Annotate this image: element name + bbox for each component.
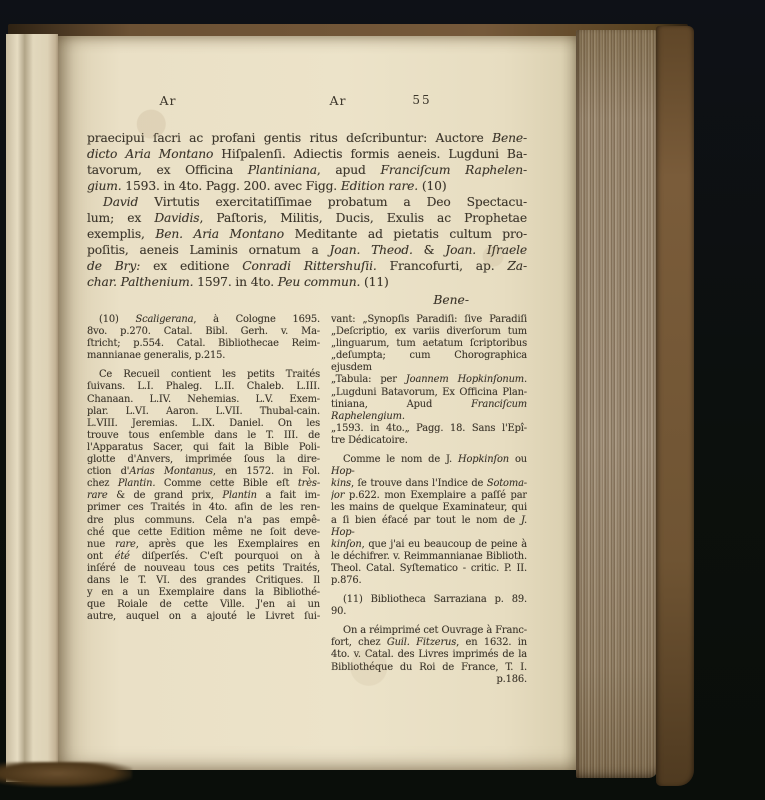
- text-line: Chanaan. L.IV. Nehemias. L.V. Exem-: [87, 394, 320, 406]
- book-page: Ar Ar 55 praecipui ſacri ac profani gent…: [58, 36, 576, 770]
- text-segment: „linguarum, tum aetatum ſcriptoribus: [331, 338, 527, 349]
- italic-text-segment: Bene-: [492, 131, 527, 145]
- italic-text-segment: Edition rare.: [341, 179, 418, 193]
- text-segment: Hiſpalenſi. Adiectis formis aeneis. Lugd…: [213, 147, 527, 161]
- text-segment: Virtutis exercitatiſſimae probatum a Deo…: [138, 195, 527, 209]
- text-line: char. Palthenium. 1597. in 4to. Peu comm…: [87, 274, 527, 290]
- text-segment: p.876.: [331, 575, 362, 586]
- text-line: exemplis, Ben. Aria Montano Meditante ad…: [87, 226, 527, 242]
- italic-text-segment: kins: [331, 478, 351, 489]
- text-segment: le déchifrer. v. Reimmannianae Biblioth.: [331, 551, 527, 562]
- italic-text-segment: rare: [115, 539, 136, 550]
- text-segment: 1593. in 4to. Pagg. 200. avec Figg.: [122, 179, 341, 193]
- text-segment: nue: [87, 539, 115, 550]
- text-segment: „1593. in 4to.„ Pagg. 18. Sans l'Epî-: [331, 423, 527, 434]
- text-line: Bibliothéque du Roi de France, T. I.: [331, 662, 527, 674]
- text-segment: a fait im-: [257, 490, 320, 501]
- page-number: 55: [412, 93, 431, 107]
- italic-text-segment: gium.: [87, 179, 122, 193]
- text-line: vant: „Synopſis Paradiſi: ſive Paradiſi: [331, 314, 527, 326]
- text-segment: dans le T. VI. des grandes Critiques. Il: [87, 575, 320, 586]
- italic-text-segment: de Bry:: [87, 259, 140, 273]
- text-line: poſitis, aeneis Laminis ornatum a Joan. …: [87, 242, 527, 258]
- text-line: „linguarum, tum aetatum ſcriptoribus: [331, 338, 527, 350]
- text-segment: ction d': [87, 466, 129, 477]
- text-line: tavorum, ex Officina Plantiniana, apud F…: [87, 162, 527, 178]
- text-line: rare & de grand prix, Plantin a fait im-: [87, 490, 320, 502]
- text-segment: trouve tous enſemble dans le T. III. de: [87, 430, 320, 441]
- text-segment: tiniana, Apud: [331, 399, 471, 410]
- text-line: fort, chez Guil. Fitzerus, en 1632. in: [331, 637, 527, 649]
- text-segment: ſuivans. L.I. Phaleg. L.II. Chaleb. L.II…: [87, 381, 320, 392]
- text-segment: (10): [418, 179, 446, 193]
- text-line: les mains de quelque Examinateur, qui: [331, 502, 527, 514]
- italic-text-segment: été: [115, 551, 130, 562]
- text-segment: , à Cologne 1695.: [193, 314, 320, 325]
- book-photo: Ar Ar 55 praecipui ſacri ac profani gent…: [0, 0, 765, 800]
- book-bottom-edge: [0, 762, 132, 787]
- text-segment: 1597. in 4to.: [193, 275, 277, 289]
- footnote-column-left: (10) Scaligerana, à Cologne 1695.8vo. p.…: [87, 314, 320, 686]
- text-segment: & de grand prix,: [108, 490, 223, 501]
- text-line: ché que cette Edition même ne ſoit deve-: [87, 527, 320, 539]
- text-line: que Roiale de cette Ville. J'en ai un: [87, 599, 320, 611]
- text-line: mannianae generalis, p.215.: [87, 350, 320, 362]
- italic-text-segment: Hopkinſon: [458, 454, 509, 465]
- footnote-column-right: vant: „Synopſis Paradiſi: ſive Paradiſi„…: [331, 314, 527, 686]
- text-segment: (11): [360, 275, 388, 289]
- text-line: lum; ex Davidis, Paſtoris, Militis, Duci…: [87, 210, 527, 226]
- text-segment: Meditante ad pietatis cultum pro-: [284, 227, 527, 241]
- text-segment: ex editione: [140, 259, 242, 273]
- text-segment: , en 1632. in: [456, 637, 527, 648]
- paragraph-entry-2: David Virtutis exercitatiſſimae probatum…: [87, 194, 527, 290]
- text-segment: , ſe trouve dans l'Indice de: [351, 478, 487, 489]
- text-line: de Bry: ex editione Conradi Rittershuſii…: [87, 258, 527, 274]
- text-line: tre Dédicatoire.: [331, 435, 527, 447]
- italic-text-segment: Guil. Fitzerus: [387, 637, 456, 648]
- text-line: a ſi bien éfacé par tout le nom de J. Ho…: [331, 515, 527, 539]
- text-line: L.VIII. Jeremias. L.IX. Daniel. On les: [87, 418, 320, 430]
- text-line: 90.: [331, 606, 527, 618]
- italic-text-segment: Franciſcum Raphelen-: [380, 163, 527, 177]
- text-segment: tavorum, ex Officina: [87, 163, 248, 177]
- paragraph-entry-1: praecipui ſacri ac profani gentis ritus …: [87, 130, 527, 194]
- text-line: l'Apparatus Sacer, qui fait la Bible Pol…: [87, 442, 320, 454]
- text-segment: Francofurti, ap.: [377, 259, 508, 273]
- running-title-left: Ar: [159, 93, 176, 108]
- text-line: tiniana, Apud Franciſcum Raphelengium.: [331, 399, 527, 423]
- italic-text-segment: Joannem Hopkinſonum.: [406, 374, 527, 385]
- book-cover-right: [656, 26, 694, 786]
- text-segment: chez: [87, 478, 118, 489]
- text-segment: p.186.: [496, 674, 527, 685]
- text-segment: glotte d'Anvers, imprimée ſous la dire-: [87, 454, 320, 465]
- catchword: Bene-: [87, 292, 527, 308]
- italic-text-segment: char. Palthenium.: [87, 275, 193, 289]
- text-segment: , après que les Exemplaires en: [136, 539, 320, 550]
- text-line: (10) Scaligerana, à Cologne 1695.: [87, 314, 320, 326]
- text-segment: Bibliothéque du Roi de France, T. I.: [331, 662, 527, 673]
- text-segment: On a réimprimé cet Ouvrage à Franc-: [343, 625, 527, 636]
- footnote-10: (10) Scaligerana, à Cologne 1695.8vo. p.…: [87, 314, 320, 362]
- italic-text-segment: Plantin: [222, 490, 257, 501]
- text-segment: „Tabula: per: [331, 374, 406, 385]
- text-segment: ont: [87, 551, 115, 562]
- text-segment: Chanaan. L.IV. Nehemias. L.V. Exem-: [87, 394, 320, 405]
- text-segment: autre, auquel on a ajouté le Livret ſui-: [87, 611, 320, 622]
- text-line: jor p.622. mon Exemplaire a paſſé par: [331, 490, 527, 502]
- italic-text-segment: Hop-: [331, 466, 355, 477]
- text-segment: primer ces Traités in 4to. afin de les r…: [87, 502, 320, 513]
- text-segment: Comme le nom de J.: [343, 454, 458, 465]
- italic-text-segment: Za-: [507, 259, 527, 273]
- text-segment: praecipui ſacri ac profani gentis ritus …: [87, 131, 492, 145]
- footnote-recueil: Ce Recueil contient les petits Traitésſu…: [87, 369, 320, 623]
- text-line: dicto Aria Montano Hiſpalenſi. Adiectis …: [87, 146, 527, 162]
- text-line: plar. L.VI. Aaron. L.VII. Thubal-cain.: [87, 406, 320, 418]
- text-line: gium. 1593. in 4to. Pagg. 200. avec Figg…: [87, 178, 527, 194]
- text-segment: (10): [99, 314, 135, 325]
- text-segment: inſéré de nouveau tous ces petits Traité…: [87, 563, 320, 574]
- text-segment: a ſi bien éfacé par tout le nom de: [331, 515, 521, 526]
- footnote-synopsis: vant: „Synopſis Paradiſi: ſive Paradiſi„…: [331, 314, 527, 447]
- text-line: Theol. Catal. Syſtematico - critic. P. I…: [331, 563, 527, 575]
- italic-text-segment: jor: [331, 490, 344, 501]
- text-segment: &: [413, 243, 446, 257]
- italic-text-segment: Ben. Aria Montano: [155, 227, 284, 241]
- text-line: „Lugduni Batavorum, Ex Officina Plan-: [331, 387, 527, 399]
- text-segment: „deſumpta; cum Chorographica ejusdem: [331, 350, 527, 373]
- text-line: ction d'Arias Montanus, en 1572. in Fol.: [87, 466, 320, 478]
- text-segment: diſperſés. C'eſt pourquoi on à: [130, 551, 320, 562]
- text-segment: les mains de quelque Examinateur, qui: [331, 502, 527, 513]
- text-segment: , en 1572. in Fol.: [213, 466, 320, 477]
- text-line: p.876.: [331, 575, 527, 587]
- text-segment: dre plus communs. Cela n'a pas empê-: [87, 515, 320, 526]
- text-line: autre, auquel on a ajouté le Livret ſui-: [87, 611, 320, 623]
- text-line: 8vo. p.270. Catal. Bibl. Gerh. v. Ma-: [87, 326, 320, 338]
- text-segment: , apud: [317, 163, 381, 177]
- text-line: Comme le nom de J. Hopkinſon ou Hop-: [331, 454, 527, 478]
- text-line: „Deſcriptio, ex variis diverſorum tum: [331, 326, 527, 338]
- text-line: dre plus communs. Cela n'a pas empê-: [87, 515, 320, 527]
- running-title-right: Ar: [329, 93, 346, 108]
- text-segment: plar. L.VI. Aaron. L.VII. Thubal-cain.: [87, 406, 320, 417]
- fore-edge-page-stack: [576, 30, 658, 778]
- text-line: kinſon, que j'ai eu beaucoup de peine à: [331, 539, 527, 551]
- text-segment: fort, chez: [331, 637, 387, 648]
- italic-text-segment: Plantiniana: [248, 163, 317, 177]
- catchword-text: Bene-: [433, 293, 469, 307]
- text-segment: Ce Recueil contient les petits Traités: [99, 369, 320, 380]
- text-segment: Comme cette Bible eſt: [155, 478, 297, 489]
- italic-text-segment: Plantin.: [118, 478, 155, 489]
- text-segment: „Deſcriptio, ex variis diverſorum tum: [331, 326, 527, 337]
- text-segment: „Lugduni Batavorum, Ex Officina Plan-: [331, 387, 527, 398]
- text-line: On a réimprimé cet Ouvrage à Franc-: [331, 625, 527, 637]
- text-segment: , que j'ai eu beaucoup de peine à: [362, 539, 527, 550]
- text-line: ont été diſperſés. C'eſt pourquoi on à: [87, 551, 320, 563]
- text-line: chez Plantin. Comme cette Bible eſt très…: [87, 478, 320, 490]
- main-text-block: praecipui ſacri ac profani gentis ritus …: [87, 130, 527, 686]
- text-segment: Theol. Catal. Syſtematico - critic. P. I…: [331, 563, 527, 574]
- italic-text-segment: Joan. Theod.: [330, 243, 413, 257]
- italic-text-segment: Sotoma-: [487, 478, 527, 489]
- text-segment: ſtricht; p.554. Catal. Bibliothecae Reim…: [87, 338, 320, 349]
- footnotes: (10) Scaligerana, à Cologne 1695.8vo. p.…: [87, 314, 527, 686]
- text-line: „deſumpta; cum Chorographica ejusdem: [331, 350, 527, 374]
- text-line: nue rare, après que les Exemplaires en: [87, 539, 320, 551]
- text-segment: p.622. mon Exemplaire a paſſé par: [344, 490, 527, 501]
- italic-text-segment: Peu commun.: [278, 275, 361, 289]
- text-line: le déchifrer. v. Reimmannianae Biblioth.: [331, 551, 527, 563]
- text-line: (11) Bibliotheca Sarraziana p. 89.: [331, 594, 527, 606]
- text-line: „Tabula: per Joannem Hopkinſonum.: [331, 374, 527, 386]
- text-line: Ce Recueil contient les petits Traités: [87, 369, 320, 381]
- text-line: glotte d'Anvers, imprimée ſous la dire-: [87, 454, 320, 466]
- text-segment: l'Apparatus Sacer, qui fait la Bible Pol…: [87, 442, 320, 453]
- text-segment: lum; ex: [87, 211, 154, 225]
- text-segment: 90.: [331, 606, 346, 617]
- text-line: David Virtutis exercitatiſſimae probatum…: [87, 194, 527, 210]
- text-line: primer ces Traités in 4to. afin de les r…: [87, 502, 320, 514]
- text-segment: 4to. v. Catal. des Livres imprimés de la: [331, 649, 527, 660]
- text-segment: tre Dédicatoire.: [331, 435, 408, 446]
- italic-text-segment: dicto Aria Montano: [87, 147, 213, 161]
- text-line: ſtricht; p.554. Catal. Bibliothecae Reim…: [87, 338, 320, 350]
- italic-text-segment: Joan. Iſraele: [445, 243, 527, 257]
- text-line: trouve tous enſemble dans le T. III. de: [87, 430, 320, 442]
- italic-text-segment: très-: [298, 478, 320, 489]
- text-line: ſuivans. L.I. Phaleg. L.II. Chaleb. L.II…: [87, 381, 320, 393]
- text-segment: exemplis,: [87, 227, 155, 241]
- text-line: p.186.: [331, 674, 527, 686]
- text-segment: 8vo. p.270. Catal. Bibl. Gerh. v. Ma-: [87, 326, 320, 337]
- text-segment: L.VIII. Jeremias. L.IX. Daniel. On les: [87, 418, 320, 429]
- text-segment: ché que cette Edition même ne ſoit deve-: [87, 527, 320, 538]
- text-line: y en a un Exemplaire dans la Bibliothé-: [87, 587, 320, 599]
- text-segment: , Paſtoris, Militis, Ducis, Exulis ac Pr…: [199, 211, 527, 225]
- footnote-11: (11) Bibliotheca Sarraziana p. 89.90.: [331, 594, 527, 618]
- italic-text-segment: Arias Montanus: [129, 466, 212, 477]
- text-segment: ou: [509, 454, 527, 465]
- text-segment: y en a un Exemplaire dans la Bibliothé-: [87, 587, 320, 598]
- text-line: inſéré de nouveau tous ces petits Traité…: [87, 563, 320, 575]
- text-line: praecipui ſacri ac profani gentis ritus …: [87, 130, 527, 146]
- text-segment: que Roiale de cette Ville. J'en ai un: [87, 599, 320, 610]
- text-line: 4to. v. Catal. des Livres imprimés de la: [331, 649, 527, 661]
- text-line: dans le T. VI. des grandes Critiques. Il: [87, 575, 320, 587]
- italic-text-segment: Conradi Rittershuſii.: [242, 259, 376, 273]
- italic-text-segment: kinſon: [331, 539, 362, 550]
- text-segment: (11) Bibliotheca Sarraziana p. 89.: [343, 594, 527, 605]
- italic-text-segment: Scaligerana: [135, 314, 193, 325]
- facing-page-edge: [6, 34, 58, 782]
- text-segment: poſitis, aeneis Laminis ornatum a: [87, 243, 330, 257]
- italic-text-segment: Davidis: [154, 211, 199, 225]
- text-line: „1593. in 4to.„ Pagg. 18. Sans l'Epî-: [331, 423, 527, 435]
- text-segment: mannianae generalis, p.215.: [87, 350, 225, 361]
- text-segment: vant: „Synopſis Paradiſi: ſive Paradiſi: [331, 314, 527, 325]
- italic-text-segment: David: [103, 195, 138, 209]
- italic-text-segment: rare: [87, 490, 108, 501]
- text-line: kins, ſe trouve dans l'Indice de Sotoma-: [331, 478, 527, 490]
- footnote-hopkinson: Comme le nom de J. Hopkinſon ou Hop-kins…: [331, 454, 527, 587]
- footnote-reimprime: On a réimprimé cet Ouvrage à Franc-fort,…: [331, 625, 527, 685]
